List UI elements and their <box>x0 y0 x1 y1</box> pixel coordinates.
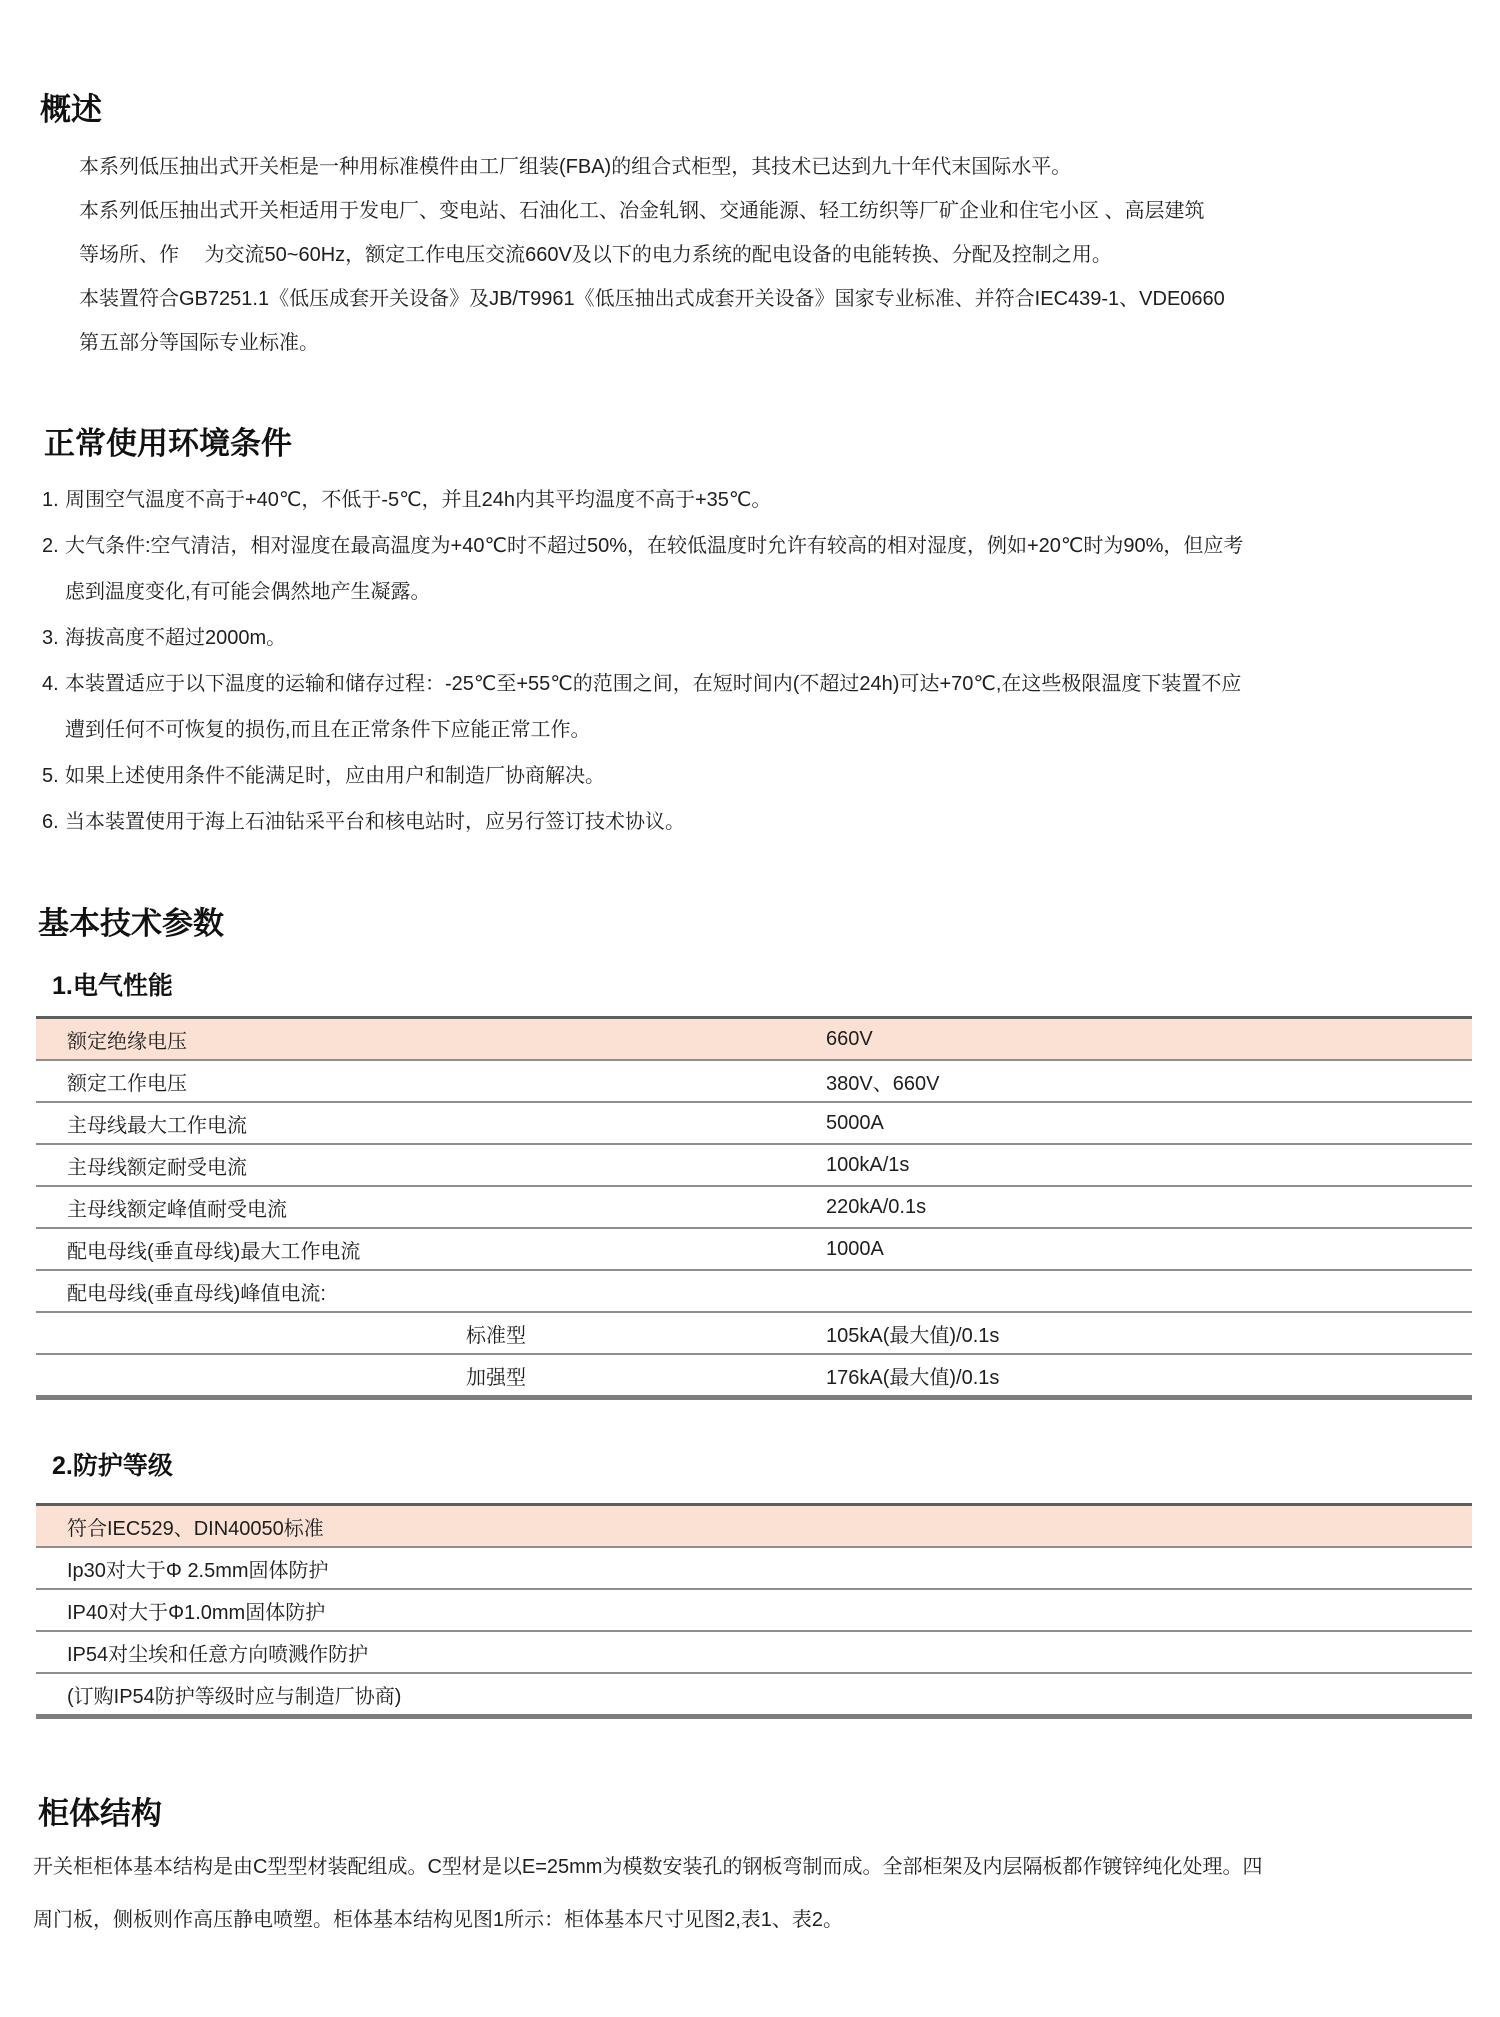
paragraph-line: 周门板，侧板则作高压静电喷塑。柜体基本结构见图1所示：柜体基本尺寸见图2,表1、… <box>33 1894 1500 1947</box>
paragraph-line: 本装置符合GB7251.1《低压成套开关设备》及JB/T9961《低压抽出式成套… <box>79 277 1225 321</box>
cabinet-structure-paragraphs: 开关柜柜体基本结构是由C型型材装配组成。C型材是以E=25mm为模数安装孔的钢板… <box>33 1841 1500 1947</box>
table-row: 额定绝缘电压 660V <box>36 1019 1472 1061</box>
list-item-number: 6. <box>42 799 65 845</box>
table-row: 主母线最大工作电流 5000A <box>36 1103 1472 1145</box>
paragraph-line: 当本装置使用于海上石油钻采平台和核电站时，应另行签订技术协议。 <box>65 811 685 833</box>
paragraph-line: 本装置适应于以下温度的运输和储存过程：-25℃至+55℃的范围之间，在短时间内(… <box>65 661 1241 707</box>
row-label: 符合IEC529、DIN40050标准 <box>36 1512 1472 1541</box>
table-row: IP54对尘埃和任意方向喷溅作防护 <box>36 1632 1472 1674</box>
list-item-number: 4. <box>42 661 65 753</box>
row-value: 380V、660V <box>826 1067 1472 1096</box>
list-item-text: 周围空气温度不高于+40℃，不低于-5℃，并且24h内其平均温度不高于+35℃。 <box>65 477 771 523</box>
list-item: 6. 当本装置使用于海上石油钻采平台和核电站时，应另行签订技术协议。 <box>42 799 1243 845</box>
list-item: 4. 本装置适应于以下温度的运输和储存过程：-25℃至+55℃的范围之间，在短时… <box>42 661 1243 753</box>
row-value: 176kA(最大值)/0.1s <box>826 1361 1472 1390</box>
row-label: 配电母线(垂直母线)峰值电流: <box>36 1277 826 1306</box>
row-label: 额定绝缘电压 <box>36 1025 826 1054</box>
paragraph-line: 海拔高度不超过2000m。 <box>65 627 286 649</box>
list-item-text: 海拔高度不超过2000m。 <box>65 615 286 661</box>
row-value: 660V <box>826 1028 1472 1051</box>
list-item: 1. 周围空气温度不高于+40℃，不低于-5℃，并且24h内其平均温度不高于+3… <box>42 477 1243 523</box>
table-row: 主母线额定耐受电流 100kA/1s <box>36 1145 1472 1187</box>
list-item-number: 5. <box>42 753 65 799</box>
table-row: 主母线额定峰值耐受电流 220kA/0.1s <box>36 1187 1472 1229</box>
list-item: 3. 海拔高度不超过2000m。 <box>42 615 1243 661</box>
paragraph-line: 本系列低压抽出式开关柜是一种用标准模件由工厂组装(FBA)的组合式柜型，其技术已… <box>79 145 1225 189</box>
subsection-heading-protection: 2.防护等级 <box>52 1452 173 1481</box>
row-label: 主母线额定峰值耐受电流 <box>36 1193 826 1222</box>
paragraph-line: 如果上述使用条件不能满足时，应由用户和制造厂协商解决。 <box>65 765 605 787</box>
row-value: 220kA/0.1s <box>826 1196 1472 1219</box>
table-row: (订购IP54防护等级时应与制造厂协商) <box>36 1674 1472 1714</box>
paragraph-line: 周围空气温度不高于+40℃，不低于-5℃，并且24h内其平均温度不高于+35℃。 <box>65 489 771 511</box>
paragraph-line: 第五部分等国际专业标准。 <box>79 321 1225 365</box>
table-row: IP40对大于Φ1.0mm固体防护 <box>36 1590 1472 1632</box>
protection-grade-table: 符合IEC529、DIN40050标准 Ip30对大于Φ 2.5mm固体防护 I… <box>36 1503 1472 1719</box>
list-item: 5. 如果上述使用条件不能满足时，应由用户和制造厂协商解决。 <box>42 753 1243 799</box>
paragraph-line: 大气条件:空气清洁，相对湿度在最高温度为+40℃时不超过50%，在较低温度时允许… <box>65 523 1243 569</box>
list-item-number: 2. <box>42 523 65 615</box>
electrical-performance-table: 额定绝缘电压 660V 额定工作电压 380V、660V 主母线最大工作电流 5… <box>36 1016 1472 1400</box>
section-heading-overview: 概述 <box>40 92 102 128</box>
row-label: 主母线最大工作电流 <box>36 1109 826 1138</box>
paragraph-line: 开关柜柜体基本结构是由C型型材装配组成。C型材是以E=25mm为模数安装孔的钢板… <box>33 1841 1500 1894</box>
table-row: Ip30对大于Φ 2.5mm固体防护 <box>36 1548 1472 1590</box>
list-item-text: 如果上述使用条件不能满足时，应由用户和制造厂协商解决。 <box>65 753 605 799</box>
row-label: 主母线额定耐受电流 <box>36 1151 826 1180</box>
row-label: IP54对尘埃和任意方向喷溅作防护 <box>36 1638 1472 1667</box>
environment-conditions-list: 1. 周围空气温度不高于+40℃，不低于-5℃，并且24h内其平均温度不高于+3… <box>42 477 1243 845</box>
section-heading-environment: 正常使用环境条件 <box>44 426 292 462</box>
paragraph-line: 遭到任何不可恢复的损伤,而且在正常条件下应能正常工作。 <box>65 707 1241 753</box>
list-item-text: 大气条件:空气清洁，相对湿度在最高温度为+40℃时不超过50%，在较低温度时允许… <box>65 523 1243 615</box>
row-value: 1000A <box>826 1238 1472 1261</box>
paragraph-line: 虑到温度变化,有可能会偶然地产生凝露。 <box>65 569 1243 615</box>
row-label: 加强型 <box>36 1361 826 1390</box>
overview-paragraphs: 本系列低压抽出式开关柜是一种用标准模件由工厂组装(FBA)的组合式柜型，其技术已… <box>79 145 1225 365</box>
table-row: 加强型 176kA(最大值)/0.1s <box>36 1355 1472 1395</box>
list-item-number: 1. <box>42 477 65 523</box>
table-row: 配电母线(垂直母线)峰值电流: <box>36 1271 1472 1313</box>
document-page: 概述 本系列低压抽出式开关柜是一种用标准模件由工厂组装(FBA)的组合式柜型，其… <box>0 0 1500 2017</box>
section-heading-tech-params: 基本技术参数 <box>38 906 224 942</box>
subsection-heading-electrical: 1.电气性能 <box>52 972 173 1001</box>
row-label: (订购IP54防护等级时应与制造厂协商) <box>36 1680 1472 1709</box>
table-row: 配电母线(垂直母线)最大工作电流 1000A <box>36 1229 1472 1271</box>
row-label: IP40对大于Φ1.0mm固体防护 <box>36 1596 1472 1625</box>
list-item-text: 当本装置使用于海上石油钻采平台和核电站时，应另行签订技术协议。 <box>65 799 685 845</box>
paragraph-line: 本系列低压抽出式开关柜适用于发电厂、变电站、石油化工、冶金轧钢、交通能源、轻工纺… <box>79 189 1225 233</box>
row-label: 配电母线(垂直母线)最大工作电流 <box>36 1235 826 1264</box>
row-value: 105kA(最大值)/0.1s <box>826 1319 1472 1348</box>
table-row: 额定工作电压 380V、660V <box>36 1061 1472 1103</box>
list-item-number: 3. <box>42 615 65 661</box>
row-label: 额定工作电压 <box>36 1067 826 1096</box>
section-heading-cabinet-structure: 柜体结构 <box>38 1796 162 1832</box>
row-label: Ip30对大于Φ 2.5mm固体防护 <box>36 1554 1472 1583</box>
list-item-text: 本装置适应于以下温度的运输和储存过程：-25℃至+55℃的范围之间，在短时间内(… <box>65 661 1241 753</box>
table-row: 符合IEC529、DIN40050标准 <box>36 1506 1472 1548</box>
table-row: 标准型 105kA(最大值)/0.1s <box>36 1313 1472 1355</box>
paragraph-line: 等场所、作 为交流50~60Hz，额定工作电压交流660V及以下的电力系统的配电… <box>79 233 1225 277</box>
row-value: 100kA/1s <box>826 1154 1472 1177</box>
list-item: 2. 大气条件:空气清洁，相对湿度在最高温度为+40℃时不超过50%，在较低温度… <box>42 523 1243 615</box>
row-value: 5000A <box>826 1112 1472 1135</box>
row-label: 标准型 <box>36 1319 826 1348</box>
